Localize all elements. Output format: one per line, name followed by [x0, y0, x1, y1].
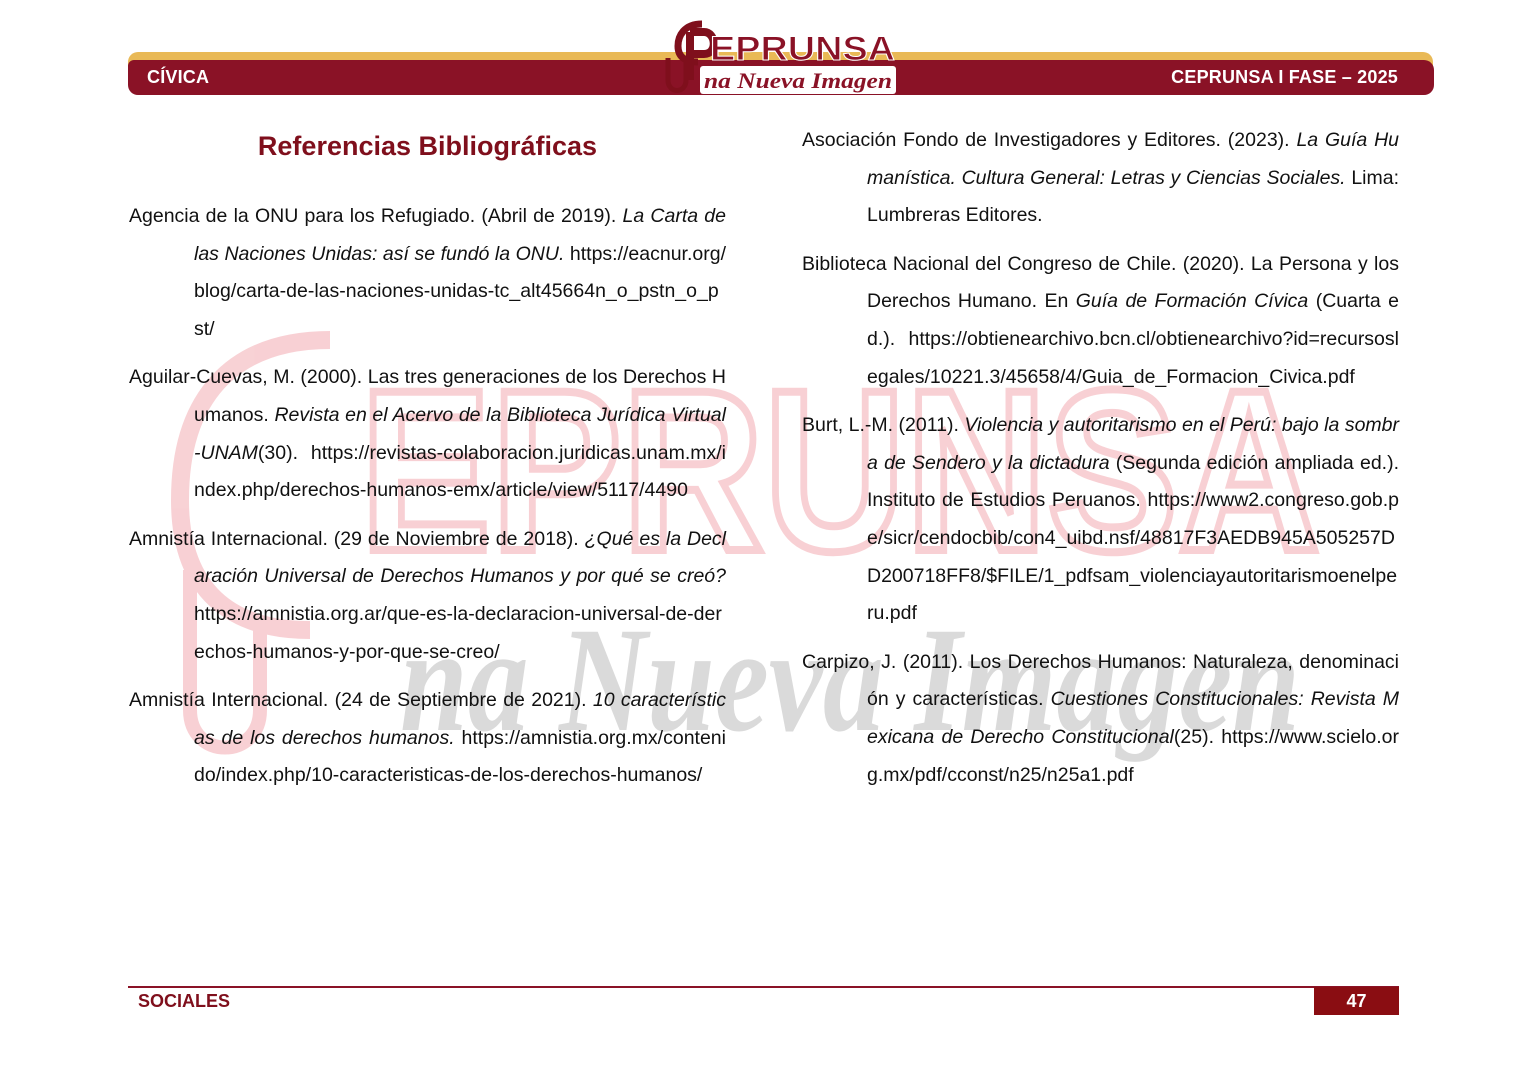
reference-entry: Biblioteca Nacional del Congreso de Chil…	[802, 246, 1399, 396]
right-column: Asociación Fondo de Investigadores y Edi…	[802, 122, 1399, 805]
footer-section: SOCIALES	[138, 991, 230, 1012]
reference-entry: Burt, L.-M. (2011). Violencia y autorita…	[802, 407, 1399, 633]
left-column: Referencias Bibliográficas Agencia de la…	[129, 122, 726, 806]
reference-entry: Asociación Fondo de Investigadores y Edi…	[802, 122, 1399, 235]
logo-text: EPRUNSA	[710, 30, 895, 68]
ceprunsa-logo: EPRUNSA na Nueva Imagen	[662, 18, 902, 98]
svg-text:na Nueva Imagen: na Nueva Imagen	[704, 68, 892, 93]
page-title: Referencias Bibliográficas	[129, 130, 726, 162]
footer-divider	[128, 986, 1399, 988]
page-number: 47	[1314, 987, 1399, 1015]
header-edition: CEPRUNSA I FASE – 2025	[1171, 67, 1398, 88]
header-subject: CÍVICA	[147, 67, 209, 88]
reference-entry: Carpizo, J. (2011). Los Derechos Humanos…	[802, 644, 1399, 794]
reference-entry: Agencia de la ONU para los Refugiado. (A…	[129, 198, 726, 348]
reference-entry: Amnistía Internacional. (29 de Noviembre…	[129, 521, 726, 671]
reference-entry: Amnistía Internacional. (24 de Septiembr…	[129, 682, 726, 795]
reference-entry: Aguilar-Cuevas, M. (2000). Las tres gene…	[129, 359, 726, 509]
